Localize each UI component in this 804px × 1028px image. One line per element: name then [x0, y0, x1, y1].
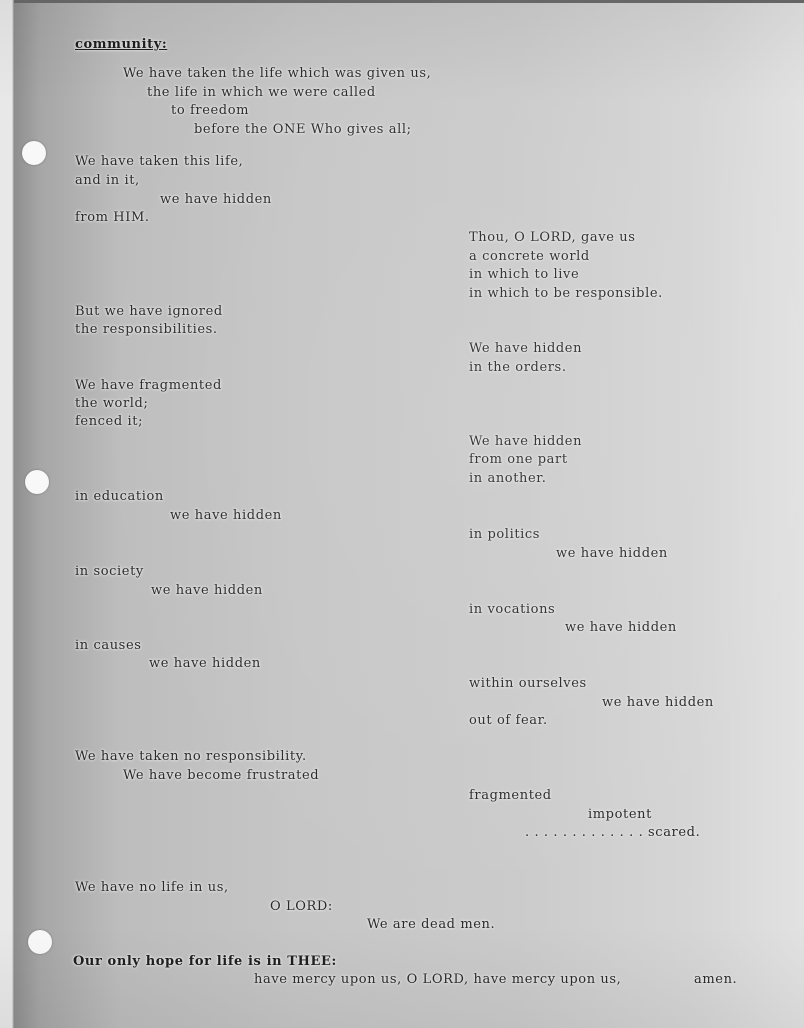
binder-hole-top: [22, 141, 46, 165]
vocations-line-1: in vocations: [469, 602, 555, 618]
ourselves-line-1: within ourselves: [469, 676, 587, 692]
left-block3-line-3: fenced it;: [75, 414, 143, 430]
scanned-page: community: We have taken the life which …: [0, 0, 804, 1028]
right-block2-line-1: We have hidden: [469, 341, 582, 357]
hope-line: Our only hope for life is in THEE:: [73, 954, 337, 970]
state-impotent: impotent: [588, 807, 652, 823]
causes-line-2: we have hidden: [149, 656, 261, 672]
politics-line-2: we have hidden: [556, 546, 668, 562]
amen-line: amen.: [694, 972, 737, 988]
closing-line-2: O LORD:: [270, 899, 333, 915]
page-top-edge: [14, 0, 804, 3]
left-block1-line-4: from HIM.: [75, 210, 150, 226]
binder-hole-bottom: [28, 930, 52, 954]
closing-line-3: We are dead men.: [367, 917, 495, 933]
education-line-1: in education: [75, 489, 164, 505]
frustration-line-2: We have become frustrated: [123, 768, 319, 784]
vocations-line-2: we have hidden: [565, 620, 677, 636]
left-block2-line-2: the responsibilities.: [75, 322, 218, 338]
right-block1-line-1: Thou, O LORD, gave us: [469, 230, 636, 246]
section-heading: community:: [75, 37, 167, 53]
right-block3-line-1: We have hidden: [469, 434, 582, 450]
closing-line-1: We have no life in us,: [75, 880, 229, 896]
ourselves-line-3: out of fear.: [469, 713, 548, 729]
opening-line-3: to freedom: [171, 103, 249, 119]
state-fragmented: fragmented: [469, 788, 552, 804]
mercy-line: have mercy upon us, O LORD, have mercy u…: [254, 972, 621, 988]
right-block3-line-2: from one part: [469, 452, 568, 468]
binder-hole-middle: [25, 470, 49, 494]
right-block1-line-3: in which to live: [469, 267, 579, 283]
politics-line-1: in politics: [469, 527, 540, 543]
left-block1-line-1: We have taken this life,: [75, 154, 243, 170]
opening-line-2: the life in which we were called: [147, 85, 376, 101]
causes-line-1: in causes: [75, 638, 142, 654]
state-scared: . . . . . . . . . . . . . scared.: [525, 825, 700, 841]
left-block1-line-2: and in it,: [75, 173, 140, 189]
left-block3-line-2: the world;: [75, 396, 148, 412]
society-line-1: in society: [75, 564, 144, 580]
right-block2-line-2: in the orders.: [469, 360, 567, 376]
society-line-2: we have hidden: [151, 583, 263, 599]
frustration-line-1: We have taken no responsibility.: [75, 749, 307, 765]
opening-line-4: before the ONE Who gives all;: [194, 122, 412, 138]
opening-line-1: We have taken the life which was given u…: [123, 66, 431, 82]
right-block1-line-4: in which to be responsible.: [469, 286, 663, 302]
left-block2-line-1: But we have ignored: [75, 304, 223, 320]
left-block3-line-1: We have fragmented: [75, 378, 222, 394]
left-block1-line-3: we have hidden: [160, 192, 272, 208]
ourselves-line-2: we have hidden: [602, 695, 714, 711]
right-block3-line-3: in another.: [469, 471, 546, 487]
right-block1-line-2: a concrete world: [469, 249, 590, 265]
education-line-2: we have hidden: [170, 508, 282, 524]
